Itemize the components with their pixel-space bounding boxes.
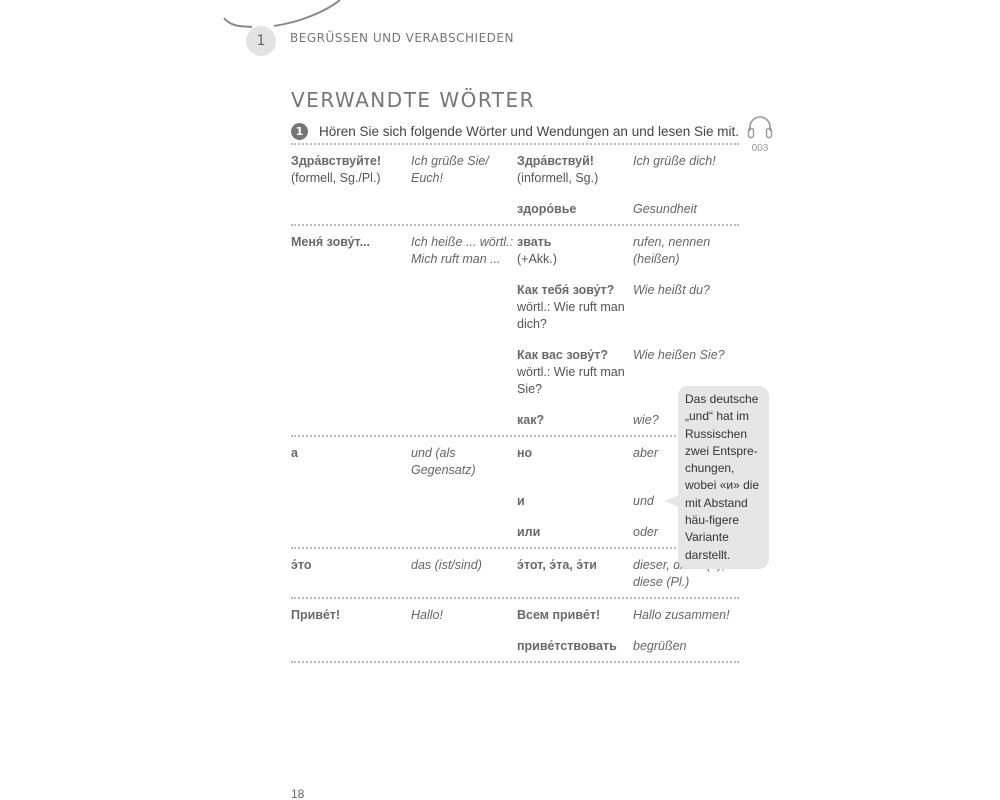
russian-term-text: Приве́т! [291,607,411,624]
vocab-group: Меня́ зову́т...Ich heiße ... wörtl.: Mic… [291,226,739,437]
related-russian-term: и [517,493,633,510]
russian-term [291,524,411,541]
chapter-number-badge: 1 [246,26,276,56]
german-translation-text: Ich heiße ... wörtl.: Mich ruft man ... [411,234,517,268]
german-translation: Ich heiße ... wörtl.: Mich ruft man ... [411,234,517,268]
vocab-row: Приве́т!Hallo!Всем приве́т!Hallo zusamme… [291,607,739,624]
related-german-translation: Ich grüße dich! [633,153,739,187]
chapter-title: Begrüßen und Verabschieden [290,31,514,45]
related-russian-term: как? [517,412,633,429]
callout-tail [664,495,679,507]
russian-term-text: э́то [291,557,411,574]
russian-term [291,201,411,218]
russian-term: а [291,445,411,479]
related-german-translation-text: begrüßen [633,638,739,655]
related-german-translation-text: Hallo zusammen! [633,607,739,624]
related-german-translation: Gesundheit [633,201,739,218]
german-translation: Hallo! [411,607,517,624]
related-russian-term-text: как? [517,412,633,429]
german-translation [411,201,517,218]
vocab-group: Приве́т!Hallo!Всем приве́т!Hallo zusamme… [291,599,739,663]
russian-term [291,493,411,510]
german-translation: Ich grüße Sie/ Euch! [411,153,517,187]
related-russian-term: звать(+Akk.) [517,234,633,268]
related-russian-term-text: или [517,524,633,541]
russian-term-text: а [291,445,411,462]
related-german-translation: Hallo zusammen! [633,607,739,624]
german-translation [411,493,517,510]
related-russian-term: э́тот, э́та, э́ти [517,557,633,591]
related-russian-term: здоро́вье [517,201,633,218]
callout-bubble: Das deutsche „und“ hat im Russischen zwe… [678,386,769,569]
related-russian-term: Как вас зову́т?wörtl.: Wie ruft man Sie? [517,347,633,398]
audio-track[interactable]: 003 [744,113,776,154]
russian-term [291,638,411,655]
russian-term-note: (formell, Sg./Pl.) [291,170,411,187]
related-russian-term-text: приве́тствовать [517,638,633,655]
related-russian-term-text: но [517,445,633,462]
related-russian-term: Здра́вствуй!(informell, Sg.) [517,153,633,187]
vocab-row: как?wie? [291,412,739,429]
related-russian-term-note: wörtl.: Wie ruft man dich? [517,299,633,333]
section-title: Verwandte Wörter [291,88,535,112]
related-russian-term: Как тебя́ зову́т?wörtl.: Wie ruft man di… [517,282,633,333]
related-russian-term-text: Как тебя́ зову́т? [517,282,633,299]
vocab-row: Как тебя́ зову́т?wörtl.: Wie ruft man di… [291,282,739,333]
related-russian-term-text: и [517,493,633,510]
related-german-translation: Wie heißt du? [633,282,739,333]
vocab-row: приве́тствоватьbegrüßen [291,638,739,655]
related-german-translation-text: Wie heißt du? [633,282,739,299]
related-russian-term-text: э́тот, э́та, э́ти [517,557,633,574]
related-german-translation-text: rufen, nennen (heißen) [633,234,739,268]
russian-term [291,282,411,333]
related-german-translation-text: Wie heißen Sie? [633,347,739,364]
german-translation: das (ist/sind) [411,557,517,591]
german-translation-text: das (ist/sind) [411,557,517,574]
related-russian-term: приве́тствовать [517,638,633,655]
german-translation-text: Hallo! [411,607,517,624]
vocabulary-table: Здра́вствуйте!(formell, Sg./Pl.)Ich grüß… [291,143,739,663]
related-russian-term-note: wörtl.: Wie ruft man Sie? [517,364,633,398]
russian-term: Здра́вствуйте!(formell, Sg./Pl.) [291,153,411,187]
russian-term [291,347,411,398]
vocab-group: э́тоdas (ist/sind)э́тот, э́та, э́тиdiese… [291,549,739,599]
related-german-translation: rufen, nennen (heißen) [633,234,739,268]
related-russian-term-text: Всем приве́т! [517,607,633,624]
german-translation [411,282,517,333]
vocab-row: здоро́вьеGesundheit [291,201,739,218]
russian-term [291,412,411,429]
related-russian-term-text: Как вас зову́т? [517,347,633,364]
german-translation [411,524,517,541]
related-russian-term: или [517,524,633,541]
vocab-row: Здра́вствуйте!(formell, Sg./Pl.)Ich grüß… [291,153,739,187]
german-translation [411,347,517,398]
russian-term: Приве́т! [291,607,411,624]
related-russian-term: Всем приве́т! [517,607,633,624]
vocab-row: Как вас зову́т?wörtl.: Wie ruft man Sie?… [291,347,739,398]
german-translation-text: Ich grüße Sie/ Euch! [411,153,517,187]
headphones-icon [746,113,774,141]
related-german-translation: begrüßen [633,638,739,655]
related-german-translation-text: Ich grüße dich! [633,153,739,170]
audio-track-number: 003 [744,143,776,154]
related-russian-term-note: (informell, Sg.) [517,170,633,187]
russian-term-text: Меня́ зову́т... [291,234,411,251]
german-translation [411,412,517,429]
german-translation: und (als Gegensatz) [411,445,517,479]
vocab-group: аund (als Gegensatz)ноaberиundилиoder [291,437,739,549]
german-translation-text: und (als Gegensatz) [411,445,517,479]
exercise-number: 1 [291,123,308,140]
russian-term-text: Здра́вствуйте! [291,153,411,170]
related-russian-term-text: звать [517,234,633,251]
exercise-instruction: 1 Hören Sie sich folgende Wörter und Wen… [291,123,739,140]
page-number: 18 [291,787,304,800]
related-russian-term-text: здоро́вье [517,201,633,218]
related-russian-term: но [517,445,633,479]
vocab-row: илиoder [291,524,739,541]
related-russian-term-text: Здра́вствуй! [517,153,633,170]
vocab-row: э́тоdas (ist/sind)э́тот, э́та, э́тиdiese… [291,557,739,591]
german-translation [411,638,517,655]
related-russian-term-note: (+Akk.) [517,251,633,268]
russian-term: Меня́ зову́т... [291,234,411,268]
related-german-translation-text: Gesundheit [633,201,739,218]
vocab-group: Здра́вствуйте!(formell, Sg./Pl.)Ich grüß… [291,143,739,226]
russian-term: э́то [291,557,411,591]
vocab-row: аund (als Gegensatz)ноaber [291,445,739,479]
exercise-text: Hören Sie sich folgende Wörter und Wendu… [319,124,739,139]
decorative-curve [0,0,400,60]
vocab-row: Меня́ зову́т...Ich heiße ... wörtl.: Mic… [291,234,739,268]
